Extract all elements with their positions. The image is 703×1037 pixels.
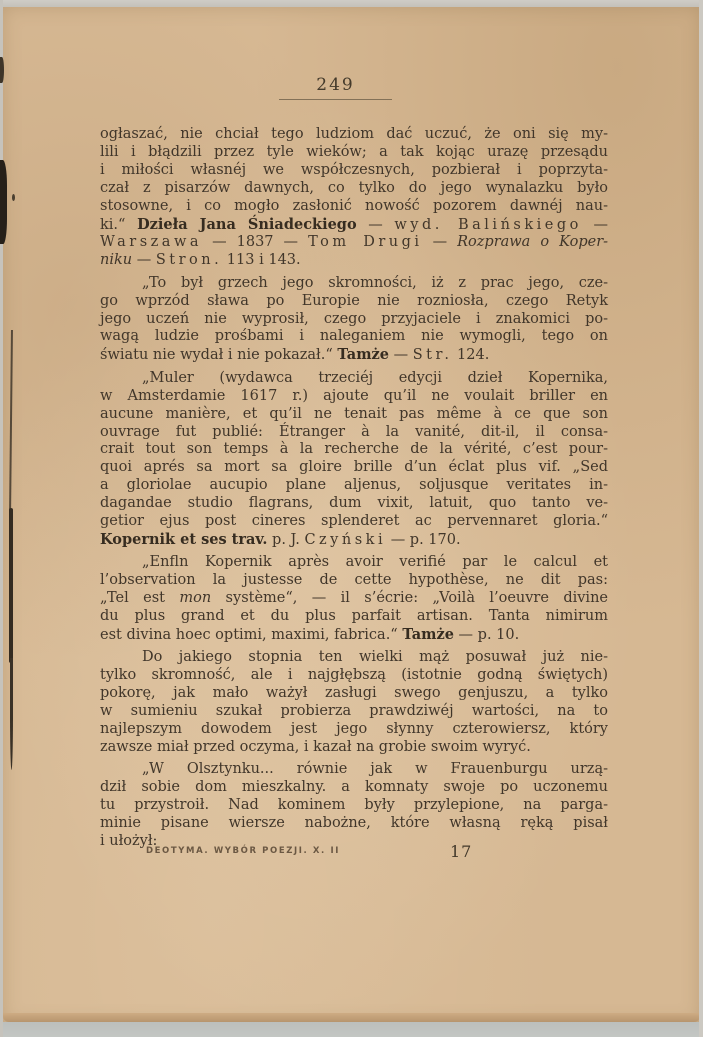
- text-segment: tylko skromność, ale i najgłębszą (istot…: [100, 667, 608, 683]
- text-line: Warszawa — 1837 — Tom Drugi — Rozprawa o…: [100, 234, 608, 252]
- scanner-edge-top: [0, 0, 703, 7]
- text-line: ki.“ Dzieła Jana Śniadeckiego — wyd. Bal…: [100, 216, 608, 235]
- text-segment: jego uczeń nie wyprosił, czego przyjacie…: [100, 311, 608, 327]
- scanner-edge-bottom: [0, 1022, 703, 1037]
- text-segment: ki.“: [100, 217, 137, 233]
- text-line: aucune manière, et qu’il ne tenait pas m…: [100, 406, 608, 424]
- text-segment: getior ejus post cineres splenderet ac p…: [100, 513, 608, 529]
- page-footer: DEOTYMA. WYBÓR POEZJI. X. II 17: [100, 842, 608, 862]
- text-segment: „Enfln Kopernik après avoir verifié par …: [142, 554, 608, 570]
- text-line: w sumieniu szukał probierza prawdziwéj w…: [100, 703, 608, 721]
- paragraph: ogłaszać, nie chciał tego ludziom dać uc…: [100, 126, 608, 270]
- text-line: dagandae studio flagrans, dum vixit, lat…: [100, 495, 608, 513]
- text-segment: Rozprawa o Koper-: [457, 234, 608, 250]
- paragraph: „Enfln Kopernik après avoir verifié par …: [100, 554, 608, 645]
- text-segment: Stron.: [156, 252, 222, 268]
- text-segment: —: [423, 234, 458, 250]
- text-line: minie pisane wiersze nabożne, które włas…: [100, 815, 608, 833]
- text-segment: —: [132, 252, 156, 268]
- text-segment: „Tel est: [100, 590, 179, 606]
- text-segment: —: [389, 347, 413, 363]
- page-header: 249: [0, 75, 687, 100]
- text-segment: Czyński: [304, 532, 386, 548]
- text-line: stosowne, i co mogło zasłonić nowość poz…: [100, 198, 608, 216]
- text-segment: w sumieniu szukał probierza prawdziwéj w…: [100, 703, 608, 719]
- binding-mark: [9, 508, 13, 663]
- text-line: czał z pisarzów dawnych, co tylko do jeg…: [100, 180, 608, 198]
- text-line: wagą ludzie prośbami i naleganiem nie wy…: [100, 328, 608, 346]
- binding-mark: [0, 160, 7, 244]
- scanner-edge-left: [0, 0, 3, 1037]
- text-segment: niku: [100, 252, 132, 268]
- text-line: zawsze miał przed oczyma, i kazał na gro…: [100, 739, 608, 757]
- text-segment: du plus grand et du plus parfait artisan…: [100, 608, 608, 624]
- text-segment: „W Olsztynku... równie jak w Frauenburgu…: [142, 761, 608, 777]
- text-segment: — p. 10.: [454, 627, 519, 643]
- text-segment: 113 i 143.: [222, 252, 300, 268]
- text-segment: go wprzód sława po Europie nie rozniosła…: [100, 293, 608, 309]
- text-segment: „To był grzech jego skromności, iż z pra…: [142, 275, 608, 291]
- text-line: lili i błądzili przez tyle wieków; a tak…: [100, 144, 608, 162]
- paragraph: Do jakiego stopnia ten wielki mąż posuwa…: [100, 649, 608, 756]
- text-segment: Tom Drugi: [308, 234, 422, 250]
- text-segment: —: [357, 217, 395, 233]
- text-line: „Enfln Kopernik après avoir verifié par …: [100, 554, 608, 572]
- text-segment: mon: [179, 590, 211, 606]
- text-segment: zawsze miał przed oczyma, i kazał na gro…: [100, 739, 531, 755]
- text-segment: Warszawa: [100, 234, 202, 250]
- text-line: du plus grand et du plus parfait artisan…: [100, 608, 608, 626]
- text-line: w Amsterdamie 1617 r.) ajoute qu’il ne v…: [100, 388, 608, 406]
- text-line: ogłaszać, nie chciał tego ludziom dać uc…: [100, 126, 608, 144]
- text-segment: système“, — il s’écrie: „Voilà l’oeuvre …: [211, 590, 608, 606]
- text-segment: est divina hoec optimi, maximi, fabrica.…: [100, 627, 402, 643]
- text-line: quoi aprés sa mort sa gloire brille d’un…: [100, 459, 608, 477]
- text-line: Kopernik et ses trav. p. J. Czyński — p.…: [100, 531, 608, 550]
- text-segment: czał z pisarzów dawnych, co tylko do jeg…: [100, 180, 608, 196]
- text-line: pokorę, jak mało ważył zasługi swego gen…: [100, 685, 608, 703]
- text-line: crait tout son temps à la recherche de l…: [100, 441, 608, 459]
- page-number: 249: [279, 75, 391, 100]
- scanner-edge-right: [699, 0, 703, 1037]
- text-line: niku — Stron. 113 i 143.: [100, 252, 608, 270]
- text-segment: pokorę, jak mało ważył zasługi swego gen…: [100, 685, 608, 701]
- text-segment: a gloriolae aucupio plane aljenus, solju…: [100, 477, 608, 493]
- paragraph: „W Olsztynku... równie jak w Frauenburgu…: [100, 761, 608, 851]
- text-segment: l’observation la justesse de cette hypot…: [100, 572, 608, 588]
- text-line: „To był grzech jego skromności, iż z pra…: [100, 275, 608, 293]
- text-line: ouvrage fut publié: Étranger à la vanité…: [100, 424, 608, 442]
- text-segment: crait tout son temps à la recherche de l…: [100, 441, 608, 457]
- text-line: najlepszym dowodem jest jego słynny czte…: [100, 721, 608, 739]
- text-line: go wprzód sława po Europie nie rozniosła…: [100, 293, 608, 311]
- text-block: ogłaszać, nie chciał tego ludziom dać uc…: [100, 126, 608, 851]
- page-bottom-edge: [3, 1013, 700, 1022]
- text-segment: światu nie wydał i nie pokazał.“: [100, 347, 337, 363]
- text-segment: „Muler (wydawca trzeciéj edycji dzieł Ko…: [142, 370, 608, 386]
- text-segment: tu przystroił. Nad kominem były przylepi…: [100, 797, 608, 813]
- text-segment: — p. 170.: [386, 532, 461, 548]
- text-segment: Dzieła Jana Śniadeckiego: [137, 216, 357, 233]
- text-line: dził sobie dom mieszkalny. a komnaty swo…: [100, 779, 608, 797]
- text-segment: ogłaszać, nie chciał tego ludziom dać uc…: [100, 126, 608, 142]
- text-line: „W Olsztynku... równie jak w Frauenburgu…: [100, 761, 608, 779]
- text-segment: wyd. Balińskiego: [394, 217, 582, 233]
- text-segment: p. J.: [267, 532, 304, 548]
- paragraph: „Muler (wydawca trzeciéj edycji dzieł Ko…: [100, 370, 608, 550]
- binding-mark: [10, 658, 13, 770]
- text-segment: minie pisane wiersze nabożne, które włas…: [100, 815, 608, 831]
- paragraph: „To był grzech jego skromności, iż z pra…: [100, 275, 608, 366]
- text-segment: Str.: [413, 347, 453, 363]
- text-segment: dził sobie dom mieszkalny. a komnaty swo…: [100, 779, 608, 795]
- text-line: getior ejus post cineres splenderet ac p…: [100, 513, 608, 531]
- text-line: tylko skromność, ale i najgłębszą (istot…: [100, 667, 608, 685]
- text-line: i miłości własnéj we współczesnych, pozb…: [100, 162, 608, 180]
- text-segment: 124.: [452, 347, 489, 363]
- text-line: światu nie wydał i nie pokazał.“ Tamże —…: [100, 346, 608, 365]
- text-segment: wagą ludzie prośbami i naleganiem nie wy…: [100, 328, 608, 344]
- text-line: tu przystroił. Nad kominem były przylepi…: [100, 797, 608, 815]
- text-line: „Muler (wydawca trzeciéj edycji dzieł Ko…: [100, 370, 608, 388]
- text-line: l’observation la justesse de cette hypot…: [100, 572, 608, 590]
- text-line: Do jakiego stopnia ten wielki mąż posuwa…: [100, 649, 608, 667]
- text-segment: —: [582, 217, 608, 233]
- text-segment: najlepszym dowodem jest jego słynny czte…: [100, 721, 608, 737]
- text-segment: dagandae studio flagrans, dum vixit, lat…: [100, 495, 608, 511]
- signature-line: DEOTYMA. WYBÓR POEZJI. X. II: [146, 846, 340, 856]
- text-line: „Tel est mon système“, — il s’écrie: „Vo…: [100, 590, 608, 608]
- text-segment: ouvrage fut publié: Étranger à la vanité…: [100, 424, 608, 440]
- text-segment: — 1837 —: [202, 234, 308, 250]
- text-line: est divina hoec optimi, maximi, fabrica.…: [100, 626, 608, 645]
- text-segment: aucune manière, et qu’il ne tenait pas m…: [100, 406, 608, 422]
- text-segment: lili i błądzili przez tyle wieków; a tak…: [100, 144, 608, 160]
- sheet-number: 17: [450, 842, 472, 861]
- text-segment: Tamże: [337, 346, 389, 363]
- text-segment: Do jakiego stopnia ten wielki mąż posuwa…: [142, 649, 608, 665]
- text-segment: Tamże: [402, 626, 454, 643]
- text-line: a gloriolae aucupio plane aljenus, solju…: [100, 477, 608, 495]
- text-segment: Kopernik et ses trav.: [100, 531, 267, 548]
- text-segment: i miłości własnéj we współczesnych, pozb…: [100, 162, 608, 178]
- text-segment: quoi aprés sa mort sa gloire brille d’un…: [100, 459, 608, 475]
- text-segment: w Amsterdamie 1617 r.) ajoute qu’il ne v…: [100, 388, 608, 404]
- text-segment: stosowne, i co mogło zasłonić nowość poz…: [100, 198, 608, 214]
- binding-mark: [12, 194, 15, 201]
- text-line: jego uczeń nie wyprosił, czego przyjacie…: [100, 311, 608, 329]
